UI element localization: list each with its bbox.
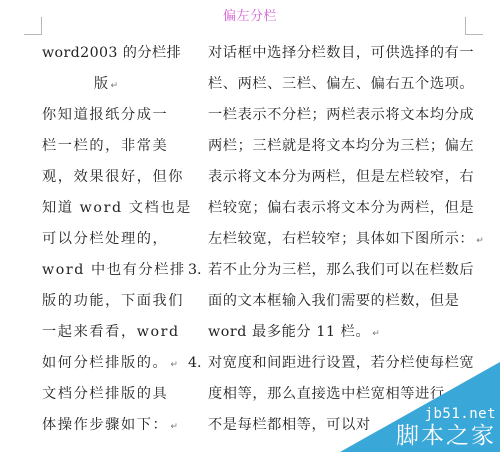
left-text-line[interactable]: 栏一栏的，非常美 [42, 131, 170, 162]
left-text-line[interactable]: 知道 word 文档也是 [42, 193, 170, 224]
right-text-line[interactable]: 面的文本框输入我们需要的栏数，但是 [186, 286, 468, 317]
left-text-line[interactable]: 体操作步骤如下：↵ [42, 410, 170, 441]
left-text-line[interactable]: 文档分栏排版的具 [42, 379, 170, 410]
right-text-line[interactable]: 栏、两栏、三栏、偏左、偏右五个选项。 [186, 69, 468, 100]
left-title-line[interactable]: 版↵ [42, 69, 170, 100]
right-text-line[interactable]: 栏较宽；偏右表示将文本分为两栏，但是 [186, 193, 468, 224]
watermark-brand: 脚本之家 [396, 417, 496, 450]
list-number: 4. [188, 348, 202, 379]
right-text-line[interactable]: 一栏表示不分栏；两栏表示将文本均分成 [186, 100, 468, 131]
margin-corner-mark-left [24, 17, 42, 35]
left-text-line[interactable]: 你知道报纸分成一 [42, 100, 170, 131]
left-text-line[interactable]: 版的功能，下面我们 [42, 286, 170, 317]
left-text-line[interactable]: 如何分栏排版的。↵ [42, 348, 170, 379]
left-column: word2003 的分栏排 版↵ 你知道报纸分成一 栏一栏的，非常美 观，效果很… [42, 38, 170, 441]
paragraph-mark-icon: ↵ [476, 236, 484, 246]
left-text-line[interactable]: 一起来看看，word [42, 317, 170, 348]
right-text-line[interactable]: 两栏；三栏就是将文本均分为三栏；偏左 [186, 131, 468, 162]
paragraph-mark-icon: ↵ [170, 360, 178, 370]
left-text-line[interactable]: word 中也有分栏排 [42, 255, 170, 286]
paragraph-mark-icon: ↵ [111, 81, 119, 91]
right-text-line[interactable]: 对话框中选择分栏数目，可供选择的有一 [186, 38, 468, 69]
document-page: 偏左分栏 word2003 的分栏排 版↵ 你知道报纸分成一 栏一栏的，非常美 … [0, 0, 500, 452]
list-number: 3. [188, 255, 202, 286]
header-title: 偏左分栏 [0, 5, 500, 24]
right-text-line[interactable]: word 最多能分 11 栏。↵ [186, 317, 468, 348]
left-title-line[interactable]: word2003 的分栏排 [42, 38, 170, 69]
left-text-line[interactable]: 可以分栏处理的， [42, 224, 170, 255]
paragraph-mark-icon: ↵ [170, 422, 178, 432]
list-item-3[interactable]: 3.若不止分为三栏，那么我们可以在栏数后 [186, 255, 468, 286]
left-text-line[interactable]: 观，效果很好，但你 [42, 162, 170, 193]
watermark: jb51.net 脚本之家 [340, 362, 500, 452]
margin-corner-mark-right [465, 17, 483, 35]
right-text-line[interactable]: 表示将文本分为两栏，但是左栏较窄，右 [186, 162, 468, 193]
right-text-line[interactable]: 左栏较宽，右栏较窄；具体如下图所示：↵ [186, 224, 468, 255]
paragraph-mark-icon: ↵ [372, 329, 380, 339]
